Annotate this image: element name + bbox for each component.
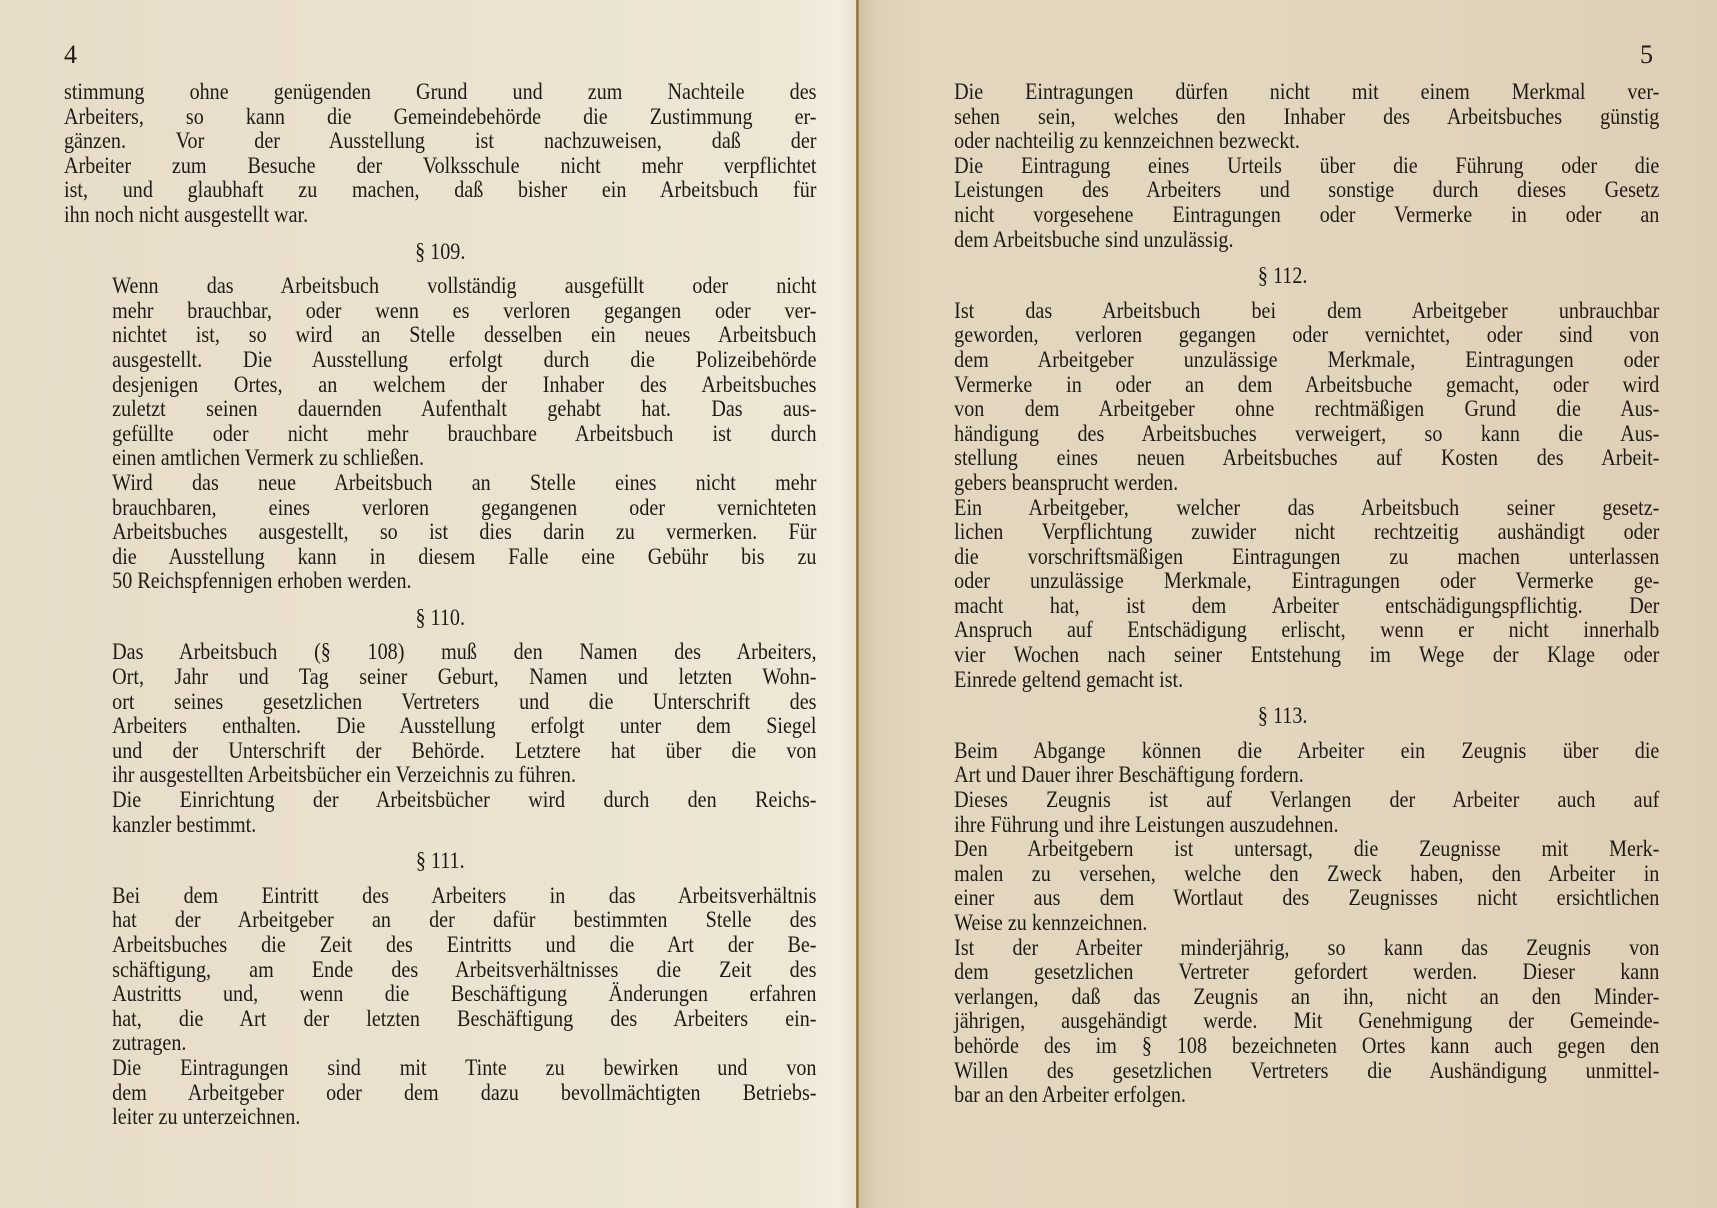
paragraph: Die Eintragungen dürfen nicht mit einem …	[906, 80, 1659, 154]
text-line: mehr brauchbar, oder wenn es verloren ge…	[64, 299, 817, 324]
text-line: einen amtlichen Vermerk zu schließen.	[64, 446, 817, 471]
text-line: von dem Arbeitgeber ohne rechtmäßigen Gr…	[906, 397, 1659, 422]
text-line: Wenn das Arbeitsbuch vollständig ausgefü…	[64, 274, 817, 299]
text-line: hat, die Art der letzten Beschäftigung d…	[64, 1007, 817, 1032]
paragraph: Ist der Arbeiter minderjährig, so kann d…	[906, 936, 1659, 1108]
page-number-right: 5	[1640, 40, 1653, 70]
text-line: nicht vorgesehene Eintragungen oder Verm…	[906, 203, 1659, 228]
paragraph: Dieses Zeugnis ist auf Verlangen der Arb…	[906, 788, 1659, 837]
left-page-text: stimmung ohne genügenden Grund und zum N…	[64, 80, 817, 1130]
text-line: vier Wochen nach seiner Entstehung im We…	[906, 643, 1659, 668]
text-line: dem Arbeitsbuche sind unzulässig.	[906, 228, 1659, 253]
text-line: ist, und glaubhaft zu machen, daß bisher…	[64, 178, 817, 203]
text-line: Das Arbeitsbuch (§ 108) muß den Namen de…	[64, 640, 817, 665]
text-line: kanzler bestimmt.	[64, 813, 817, 838]
text-line: leiter zu unterzeichnen.	[64, 1105, 817, 1130]
text-line: ausgestellt. Die Ausstellung erfolgt dur…	[64, 348, 817, 373]
text-line: hat der Arbeitgeber an der dafür bestimm…	[64, 908, 817, 933]
section-heading: § 112.	[906, 264, 1659, 289]
text-line: Arbeiters enthalten. Die Ausstellung erf…	[64, 714, 817, 739]
text-line: lichen Verpflichtung zuwider nicht recht…	[906, 520, 1659, 545]
text-line: sehen sein, welches den Inhaber des Arbe…	[906, 105, 1659, 130]
text-line: Vermerke in oder an dem Arbeitsbuche gem…	[906, 373, 1659, 398]
text-line: dem gesetzlichen Vertreter gefordert wer…	[906, 960, 1659, 985]
text-line: Beim Abgange können die Arbeiter ein Zeu…	[906, 739, 1659, 764]
text-line: bar an den Arbeiter erfolgen.	[906, 1083, 1659, 1108]
book-gutter	[856, 0, 859, 1208]
section-heading: § 111.	[64, 849, 817, 874]
text-line: Ist der Arbeiter minderjährig, so kann d…	[906, 936, 1659, 961]
text-line: Die Eintragungen dürfen nicht mit einem …	[906, 80, 1659, 105]
text-line: Den Arbeitgebern ist untersagt, die Zeug…	[906, 837, 1659, 862]
text-line: Leistungen des Arbeiters und sonstige du…	[906, 178, 1659, 203]
text-line: Bei dem Eintritt des Arbeiters in das Ar…	[64, 884, 817, 909]
text-line: geworden, verloren gegangen oder vernich…	[906, 323, 1659, 348]
text-line: verlangen, daß das Zeugnis an ihn, nicht…	[906, 985, 1659, 1010]
paragraph: Die Eintragungen sind mit Tinte zu bewir…	[64, 1056, 817, 1130]
paragraph: Wenn das Arbeitsbuch vollständig ausgefü…	[64, 274, 817, 471]
text-line: Die Einrichtung der Arbeitsbücher wird d…	[64, 788, 817, 813]
text-line: Wird das neue Arbeitsbuch an Stelle eine…	[64, 471, 817, 496]
paragraph: Ein Arbeitgeber, welcher das Arbeitsbuch…	[906, 496, 1659, 693]
text-line: gefüllte oder nicht mehr brauchbare Arbe…	[64, 422, 817, 447]
text-line: Ort, Jahr und Tag seiner Geburt, Namen u…	[64, 665, 817, 690]
text-line: händigung des Arbeitsbuches verweigert, …	[906, 422, 1659, 447]
text-line: Arbeiters, so kann die Gemeindebehörde d…	[64, 105, 817, 130]
text-line: ihre Führung und ihre Leistungen auszude…	[906, 813, 1659, 838]
text-line: und der Unterschrift der Behörde. Letzte…	[64, 739, 817, 764]
text-line: stellung eines neuen Arbeitsbuches auf K…	[906, 446, 1659, 471]
text-line: Weise zu kennzeichnen.	[906, 911, 1659, 936]
text-line: Art und Dauer ihrer Beschäftigung forder…	[906, 763, 1659, 788]
text-line: malen zu versehen, welche den Zweck habe…	[906, 862, 1659, 887]
text-line: Anspruch auf Entschädigung erlischt, wen…	[906, 618, 1659, 643]
text-line: jährigen, ausgehändigt werde. Mit Genehm…	[906, 1009, 1659, 1034]
section-heading: § 113.	[906, 704, 1659, 729]
paragraph: Ist das Arbeitsbuch bei dem Arbeitgeber …	[906, 299, 1659, 496]
right-page-text: Die Eintragungen dürfen nicht mit einem …	[906, 80, 1659, 1108]
paragraph: Die Einrichtung der Arbeitsbücher wird d…	[64, 788, 817, 837]
text-line: Arbeitsbuches ausgestellt, so ist dies d…	[64, 520, 817, 545]
page-number-left: 4	[64, 40, 77, 70]
text-line: oder unzulässige Merkmale, Eintragungen …	[906, 569, 1659, 594]
text-line: gänzen. Vor der Ausstellung ist nachzuwe…	[64, 129, 817, 154]
text-line: 50 Reichspfennigen erhoben werden.	[64, 569, 817, 594]
book-spread: 4 stimmung ohne genügenden Grund und zum…	[0, 0, 1717, 1208]
text-line: zutragen.	[64, 1031, 817, 1056]
text-line: zuletzt seinen dauernden Aufenthalt geha…	[64, 397, 817, 422]
paragraph: stimmung ohne genügenden Grund und zum N…	[64, 80, 817, 228]
text-line: desjenigen Ortes, an welchem der Inhaber…	[64, 373, 817, 398]
text-line: dem Arbeitgeber unzulässige Merkmale, Ei…	[906, 348, 1659, 373]
paragraph: Bei dem Eintritt des Arbeiters in das Ar…	[64, 884, 817, 1056]
paragraph: Wird das neue Arbeitsbuch an Stelle eine…	[64, 471, 817, 594]
text-line: oder nachteilig zu kennzeichnen bezweckt…	[906, 129, 1659, 154]
text-line: Ein Arbeitgeber, welcher das Arbeitsbuch…	[906, 496, 1659, 521]
text-line: brauchbaren, eines verloren gegangenen o…	[64, 496, 817, 521]
left-page: 4 stimmung ohne genügenden Grund und zum…	[0, 0, 858, 1208]
text-line: macht hat, ist dem Arbeiter entschädigun…	[906, 594, 1659, 619]
text-line: ihr ausgestellten Arbeitsbücher ein Verz…	[64, 763, 817, 788]
text-line: schäftigung, am Ende des Arbeitsverhältn…	[64, 958, 817, 983]
text-line: Die Eintragung eines Urteils über die Fü…	[906, 154, 1659, 179]
right-page: Die Eintragungen dürfen nicht mit einem …	[858, 0, 1717, 1208]
text-line: gebers beansprucht werden.	[906, 471, 1659, 496]
text-line: Die Eintragungen sind mit Tinte zu bewir…	[64, 1056, 817, 1081]
text-line: die Ausstellung kann in diesem Falle ein…	[64, 545, 817, 570]
paragraph: Die Eintragung eines Urteils über die Fü…	[906, 154, 1659, 252]
text-line: Einrede geltend gemacht ist.	[906, 668, 1659, 693]
paragraph: Das Arbeitsbuch (§ 108) muß den Namen de…	[64, 640, 817, 788]
section-heading: § 109.	[64, 240, 817, 265]
text-line: ihn noch nicht ausgestellt war.	[64, 203, 817, 228]
text-line: Ist das Arbeitsbuch bei dem Arbeitgeber …	[906, 299, 1659, 324]
text-line: ort seines gesetzlichen Vertreters und d…	[64, 690, 817, 715]
paragraph: Den Arbeitgebern ist untersagt, die Zeug…	[906, 837, 1659, 935]
text-line: dem Arbeitgeber oder dem dazu bevollmäch…	[64, 1081, 817, 1106]
paragraph: Beim Abgange können die Arbeiter ein Zeu…	[906, 739, 1659, 788]
text-line: einer aus dem Wortlaut des Zeugnisses ni…	[906, 886, 1659, 911]
text-line: Dieses Zeugnis ist auf Verlangen der Arb…	[906, 788, 1659, 813]
section-heading: § 110.	[64, 606, 817, 631]
text-line: Austritts und, wenn die Beschäftigung Än…	[64, 982, 817, 1007]
text-line: Willen des gesetzlichen Vertreters die A…	[906, 1059, 1659, 1084]
text-line: die vorschriftsmäßigen Eintragungen zu m…	[906, 545, 1659, 570]
text-line: behörde des im § 108 bezeichneten Ortes …	[906, 1034, 1659, 1059]
text-line: nichtet ist, so wird an Stelle desselben…	[64, 323, 817, 348]
text-line: stimmung ohne genügenden Grund und zum N…	[64, 80, 817, 105]
text-line: Arbeitsbuches die Zeit des Eintritts und…	[64, 933, 817, 958]
text-line: Arbeiter zum Besuche der Volksschule nic…	[64, 154, 817, 179]
